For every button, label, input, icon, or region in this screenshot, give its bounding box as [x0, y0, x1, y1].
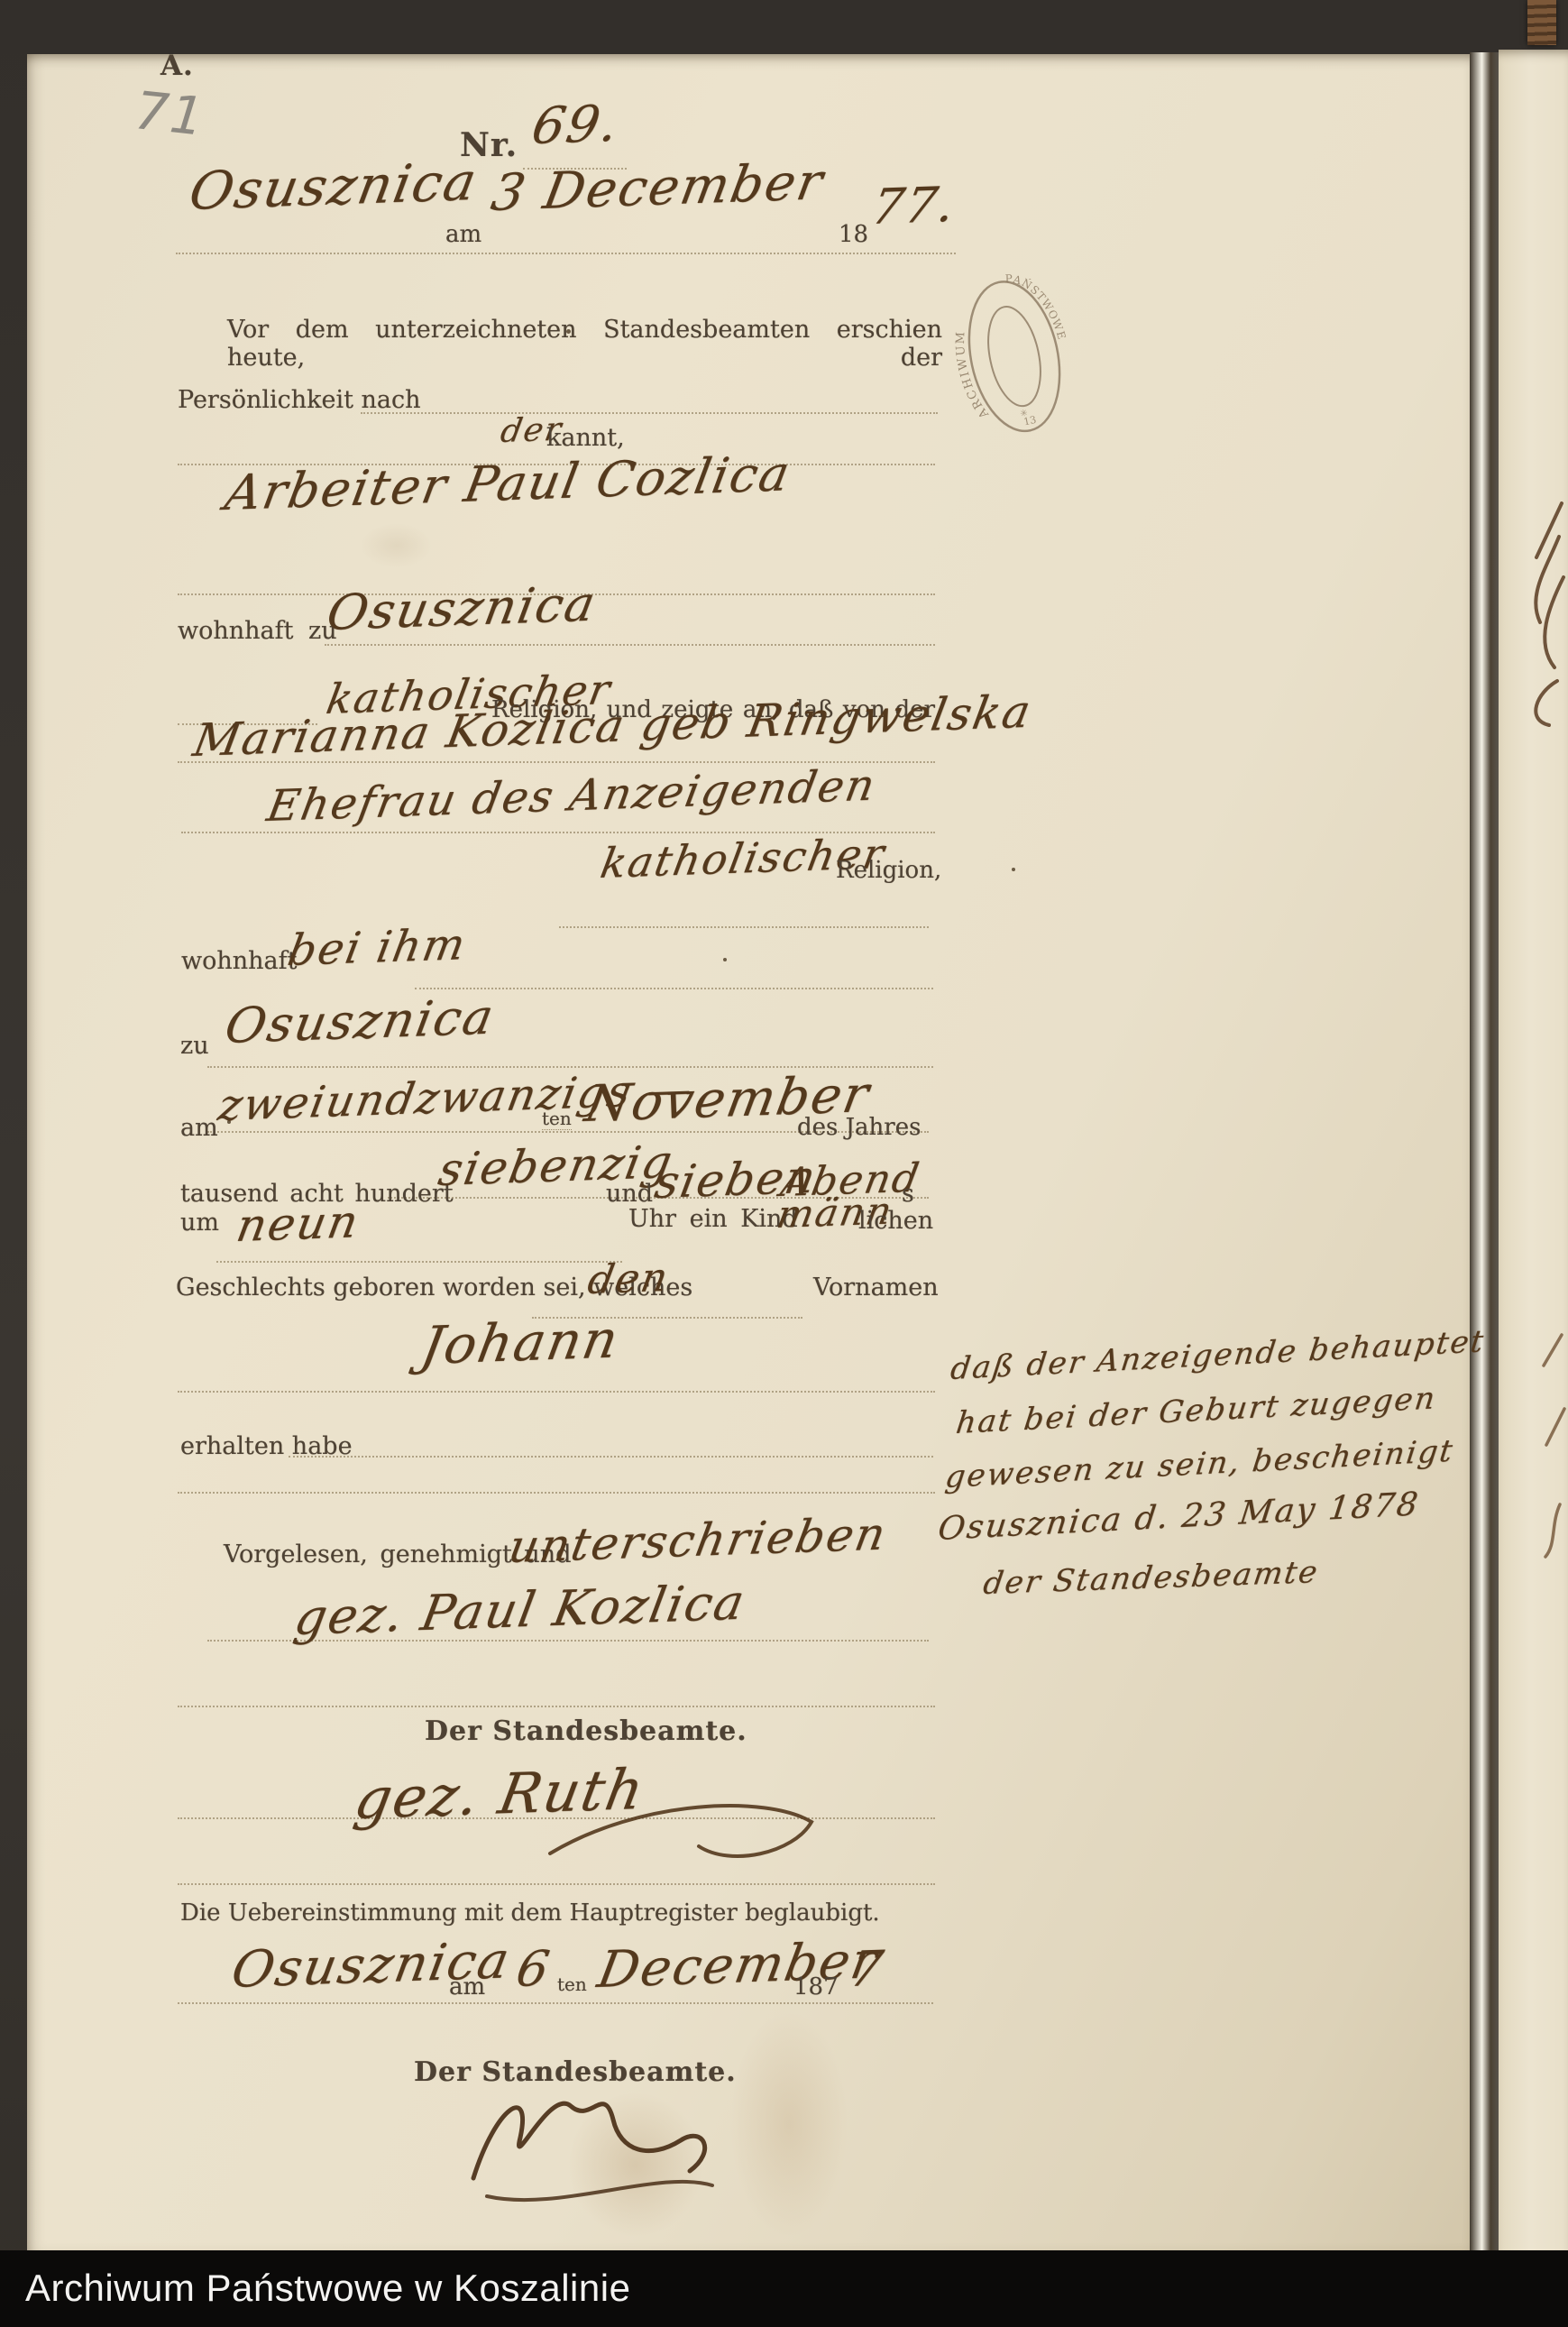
- persoenlichkeit-label: Persönlichkeit nach: [178, 386, 421, 414]
- declarant-residence-handwritten: Osusznica: [323, 575, 601, 641]
- dotted-line: [178, 1704, 935, 1707]
- und-printed: und: [606, 1180, 653, 1208]
- dotted-line: [178, 1881, 935, 1885]
- archive-caption-bar: Archiwum Państwowe w Koszalinie: [0, 2250, 1568, 2327]
- book-fold-crease: [1470, 52, 1499, 2250]
- standesbeamte-label: Der Standesbeamte.: [425, 1715, 747, 1747]
- registrar-signature-mark: [455, 2070, 735, 2214]
- dotted-line: [559, 924, 929, 928]
- birth-hour-handwritten: neun: [233, 1195, 363, 1252]
- registrar-signature-flourish: [541, 1790, 830, 1881]
- child-name-handwritten: Johann: [417, 1308, 624, 1376]
- wohnhaft-bei-handwritten: bei ihm: [284, 919, 471, 976]
- am3-label: am: [449, 1973, 485, 2000]
- wohnhaft-zu-label: wohnhaft zu: [178, 617, 337, 645]
- pencil-page-number: 71: [133, 79, 208, 148]
- ten2-suffix-printed: ten: [557, 1973, 587, 1995]
- record-number-handwritten: 69.: [527, 95, 624, 156]
- s-suffix-printed: s: [902, 1180, 914, 1208]
- erhalten-habe-printed: erhalten habe: [180, 1432, 353, 1460]
- dotted-line: [178, 1490, 935, 1494]
- birth-place-handwritten: Osusznica: [221, 989, 500, 1054]
- dotted-line: [176, 251, 956, 254]
- stamp-star-icon: ✳: [1019, 409, 1028, 420]
- dotted-line: [178, 1389, 935, 1393]
- vornamen-printed: Vornamen: [813, 1274, 939, 1301]
- am-label: am: [445, 221, 481, 248]
- wohnhaft-label: wohnhaft: [181, 947, 297, 975]
- right-page-handwriting-fragment: [1508, 487, 1568, 731]
- archival-scan: A. 71 Nr. 69. Osusznica am 3 December 18…: [0, 0, 1568, 2327]
- dotted-line: [178, 2000, 933, 2004]
- zu-label: zu: [180, 1032, 209, 1060]
- archive-caption-text: Archiwum Państwowe w Koszalinie: [25, 2267, 630, 2310]
- des-jahres-printed: des Jahres: [797, 1114, 921, 1141]
- registration-date-handwritten: 3 December: [487, 152, 829, 223]
- den-handwritten: den: [584, 1255, 673, 1303]
- right-page-handwriting-fragment: [1533, 1326, 1568, 1560]
- year-printed-prefix: 18: [839, 221, 868, 248]
- ten-suffix-printed: ten: [542, 1108, 572, 1130]
- uhr-ein-kind-printed: Uhr ein Kind: [628, 1205, 798, 1233]
- um-label: um: [180, 1209, 219, 1237]
- gender-printed-suffix: lichen: [858, 1207, 933, 1235]
- dotted-line: [325, 642, 935, 646]
- certification-year-printed: 187: [793, 1973, 839, 2000]
- register-page-right-sliver: [1499, 50, 1568, 2250]
- beglaubigung-printed-line: Die Uebereinstimmung mit dem Hauptregist…: [180, 1899, 880, 1927]
- certification-month-handwritten: December: [593, 1931, 883, 2000]
- registration-place-handwritten: Osusznica: [185, 151, 482, 222]
- dotted-line: [216, 1259, 622, 1263]
- intro-printed-line: Vor dem unterzeichneten Standesbeamten e…: [227, 316, 942, 372]
- religion2-printed: Religion,: [836, 857, 941, 884]
- form-corner-letter: A.: [160, 50, 194, 82]
- book-spine-edge: [1527, 0, 1556, 45]
- bekannt-printed: kannt,: [546, 424, 625, 452]
- dotted-line: [361, 410, 938, 414]
- year-handwritten: 77.: [867, 176, 961, 235]
- am2-label: am: [180, 1114, 218, 1142]
- dotted-line: [289, 1454, 933, 1458]
